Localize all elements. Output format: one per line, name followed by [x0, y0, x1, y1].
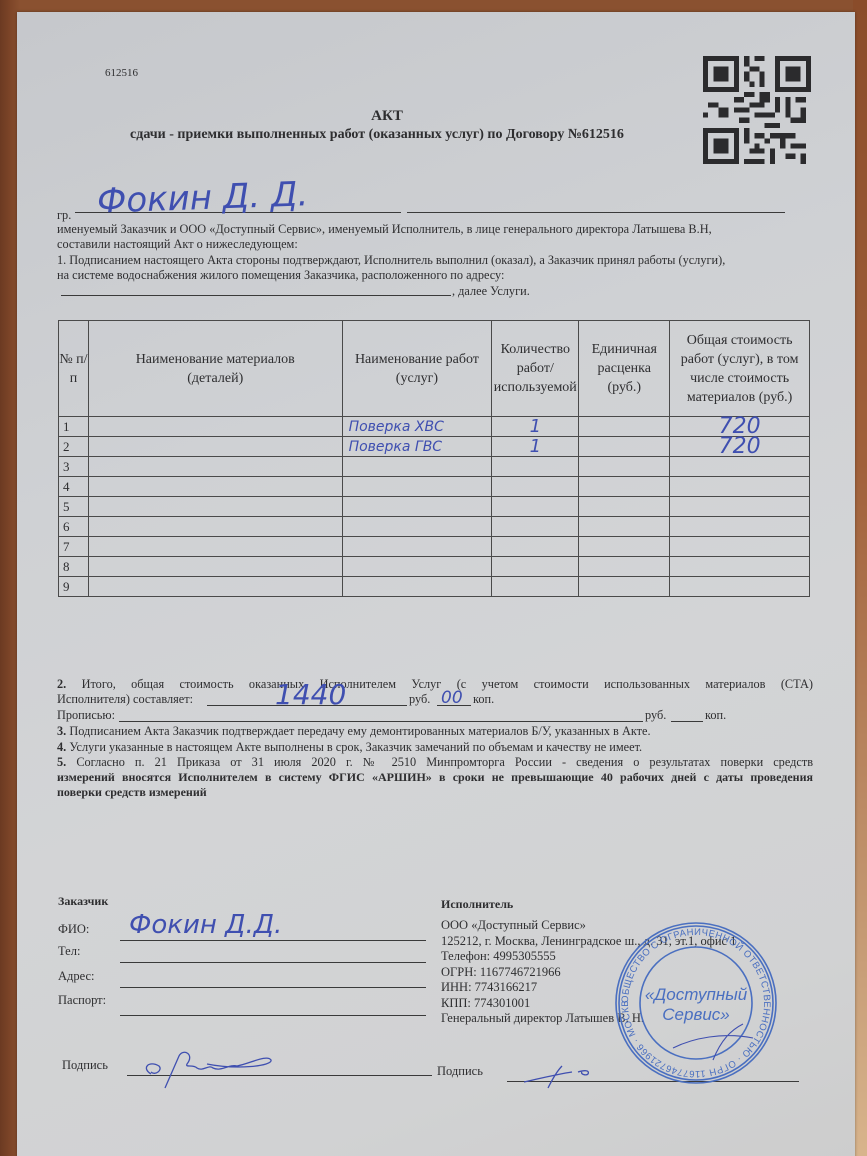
cell-work [342, 557, 492, 577]
total-rub-label: руб. [409, 692, 430, 707]
customer-address-label: Адрес: [58, 969, 95, 984]
cell-total [670, 557, 810, 577]
cell-unit-price [579, 537, 670, 557]
cell-work [342, 537, 492, 557]
cell-total [670, 537, 810, 557]
cell-materials [88, 557, 342, 577]
cell-number: 3 [59, 457, 89, 477]
cell-materials [88, 537, 342, 557]
cell-unit-price [579, 557, 670, 577]
table-row: 5 [59, 497, 810, 517]
contractor-signature [522, 1060, 612, 1090]
table-row: 1Поверка ХВС1720 [59, 417, 810, 437]
clause-3: 3. Подписанием Акта Заказчик подтверждае… [57, 724, 651, 739]
clause-5-line-1: 5. Согласно п. 21 Приказа от 31 июля 202… [57, 755, 813, 770]
cell-unit-price [579, 577, 670, 597]
customer-fio-handwritten: Фокин Д.Д. [129, 910, 282, 940]
customer-fio-line [120, 940, 426, 941]
cell-work [342, 517, 492, 537]
cell-number: 2 [59, 437, 89, 457]
table-row: 9 [59, 577, 810, 597]
document-number: 612516 [105, 67, 138, 79]
customer-signature [137, 1042, 277, 1092]
table-row: 3 [59, 457, 810, 477]
cell-quantity: 1 [492, 417, 579, 437]
cell-number: 7 [59, 537, 89, 557]
cell-total [670, 497, 810, 517]
cell-materials [88, 517, 342, 537]
customer-phone-label: Тел: [58, 944, 80, 959]
svg-text:Сервис»: Сервис» [662, 1005, 729, 1024]
in-words-kop-label: коп. [705, 708, 726, 723]
col-header-works: Наименование работ (услуг) [342, 321, 492, 417]
cell-work [342, 577, 492, 597]
table-row: 6 [59, 517, 810, 537]
in-words-kop-line [671, 721, 703, 722]
customer-passport-label: Паспорт: [58, 993, 106, 1008]
cell-materials [88, 417, 342, 437]
citizen-name-handwritten: Фокин Д. Д. [96, 174, 309, 221]
in-words-label: Прописью: [57, 708, 115, 723]
customer-signature-label: Подпись [62, 1058, 108, 1073]
svg-text:«Доступный: «Доступный [645, 985, 748, 1004]
total-rub-handwritten: 1440 [275, 678, 346, 711]
cell-number: 6 [59, 517, 89, 537]
cell-quantity [492, 537, 579, 557]
cell-unit-price [579, 497, 670, 517]
company-stamp: ОБЩЕСТВО С ОГРАНИЧЕННОЙ ОТВЕТСТВЕННОСТЬЮ… [613, 920, 779, 1086]
cell-quantity [492, 497, 579, 517]
cell-unit-price [579, 437, 670, 457]
table-row: 2Поверка ГВС1720 [59, 437, 810, 457]
table-row: 7 [59, 537, 810, 557]
cell-work: Поверка ГВС [342, 437, 492, 457]
cell-total [670, 577, 810, 597]
col-header-quantity: Количество работ/ используемой [492, 321, 579, 417]
customer-address-line [120, 987, 426, 988]
total-kop-label: коп. [473, 692, 494, 707]
col-header-total: Общая стоимость работ (услуг), в том чис… [670, 321, 810, 417]
cell-quantity [492, 457, 579, 477]
cell-number: 1 [59, 417, 89, 437]
clause-1-line-1: 1. Подписанием настоящего Акта стороны п… [57, 253, 725, 268]
intro-line-2: составили настоящий Акт о нижеследующем: [57, 237, 298, 252]
works-table: № п/п Наименование материалов (деталей) … [58, 320, 810, 597]
cell-work [342, 497, 492, 517]
cell-unit-price [579, 477, 670, 497]
col-header-materials: Наименование материалов (деталей) [88, 321, 342, 417]
cell-materials [88, 497, 342, 517]
customer-fio-label: ФИО: [58, 922, 89, 937]
cell-materials [88, 457, 342, 477]
address-line [61, 295, 451, 296]
in-words-line [119, 721, 643, 722]
customer-phone-line [120, 962, 426, 963]
cell-quantity [492, 557, 579, 577]
table-row: 8 [59, 557, 810, 577]
col-header-unit-price: Единичная расценка (руб.) [579, 321, 670, 417]
col-header-number: № п/п [59, 321, 89, 417]
document-subtitle: сдачи - приемки выполненных работ (оказа… [77, 127, 677, 143]
cell-total: 720 [670, 437, 810, 457]
clause-2-line-2: Исполнителя) составляет: [57, 692, 193, 707]
cell-unit-price [579, 417, 670, 437]
clause-5-line-2: измерений вносятся Исполнителем в систем… [57, 770, 813, 785]
cell-unit-price [579, 457, 670, 477]
customer-heading: Заказчик [58, 894, 108, 909]
clause-1-line-2: на системе водоснабжения жилого помещени… [57, 268, 504, 283]
table-header-row: № п/п Наименование материалов (деталей) … [59, 321, 810, 417]
cell-work: Поверка ХВС [342, 417, 492, 437]
cell-number: 5 [59, 497, 89, 517]
table-row: 4 [59, 477, 810, 497]
cell-unit-price [579, 517, 670, 537]
contractor-heading: Исполнитель [441, 897, 513, 912]
cell-total [670, 457, 810, 477]
cell-quantity [492, 517, 579, 537]
customer-passport-line [120, 1015, 426, 1016]
cell-quantity [492, 577, 579, 597]
in-words-rub-label: руб. [645, 708, 666, 723]
cell-number: 9 [59, 577, 89, 597]
clause-1-suffix: , далее Услуги. [452, 284, 530, 299]
cell-quantity: 1 [492, 437, 579, 457]
cell-number: 8 [59, 557, 89, 577]
act-document-sheet: 612516 АКТ сдачи - приемки выполненных р… [17, 12, 855, 1156]
desk-edge [853, 0, 867, 1156]
document-title: АКТ [17, 108, 757, 125]
clause-2-line-1: 2. Итого, общая стоимость оказанных Испо… [57, 677, 813, 692]
intro-line-1: именуемый Заказчик и ООО «Доступный Серв… [57, 222, 712, 237]
cell-materials [88, 577, 342, 597]
contractor-signature-label: Подпись [437, 1064, 483, 1079]
cell-materials [88, 477, 342, 497]
citizen-prefix: гр. [57, 208, 71, 223]
total-kop-handwritten: 00 [441, 688, 463, 708]
cell-materials [88, 437, 342, 457]
cell-number: 4 [59, 477, 89, 497]
cell-total [670, 477, 810, 497]
cell-total [670, 517, 810, 537]
clause-4: 4. Услуги указанные в настоящем Акте вып… [57, 740, 642, 755]
citizen-extra-line [407, 212, 785, 213]
clause-5-line-3: поверки средств измерений [57, 785, 207, 800]
clause-2-number: 2. [57, 677, 66, 691]
cell-quantity [492, 477, 579, 497]
cell-work [342, 477, 492, 497]
qr-code-icon [703, 55, 811, 165]
cell-work [342, 457, 492, 477]
